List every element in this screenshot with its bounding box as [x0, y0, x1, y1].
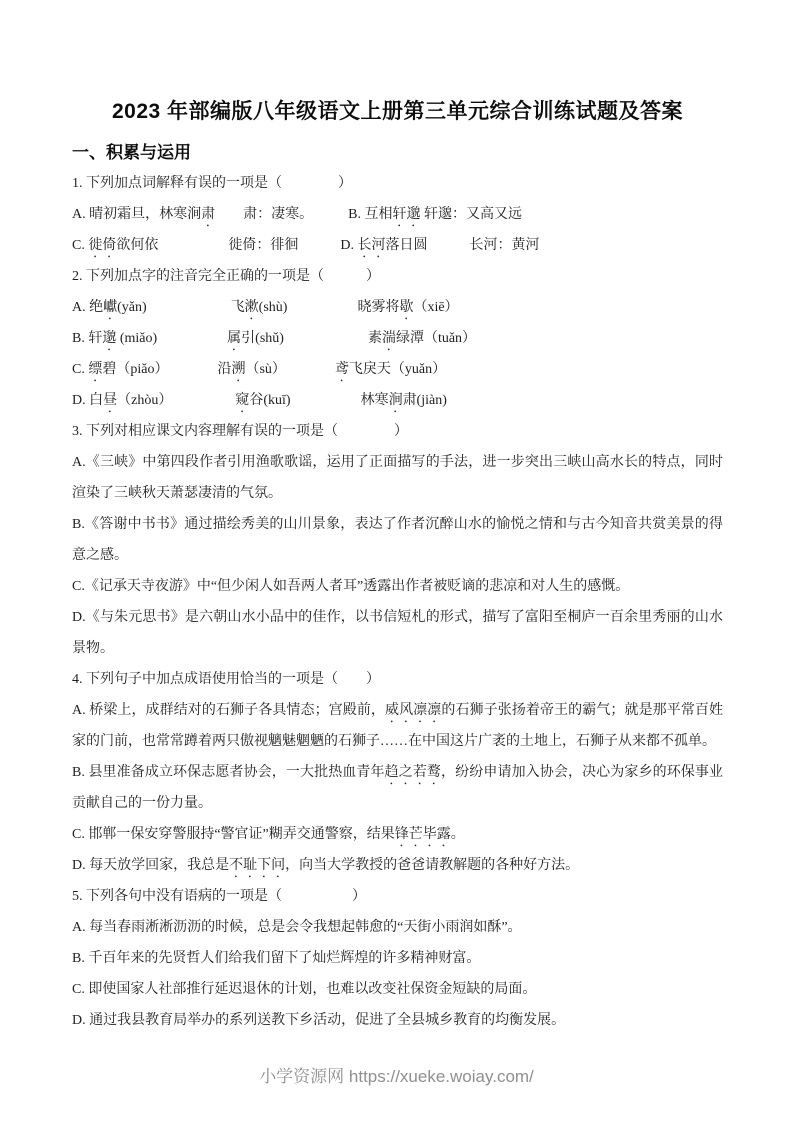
- emphasized-text: 巘: [103, 300, 117, 315]
- text-segment: C.: [72, 238, 88, 253]
- emphasized-text: 涧: [389, 393, 403, 408]
- text-segment: （sù）: [245, 362, 334, 377]
- document-page: 2023 年部编版八年级语文上册第三单元综合训练试题及答案 一、积累与运用 1.…: [0, 0, 793, 1122]
- q5-intro: 5. 下列各句中没有语病的一项是（ ）: [72, 881, 723, 912]
- q3-intro: 3. 下列对相应课文内容理解有误的一项是（ ）: [72, 416, 723, 447]
- q1-options-ab: A. 晴初霜旦，林寒涧肃 肃：凄寒。 B. 互相轩邈 轩邈：又高又远: [72, 199, 723, 230]
- document-content: 2023 年部编版八年级语文上册第三单元综合训练试题及答案 一、积累与运用 1.…: [72, 97, 723, 1036]
- text-segment: 碧（piǎo） 沿: [102, 362, 231, 377]
- text-segment: （xiē）: [413, 300, 458, 315]
- q4-option-b: B. 县里准备成立环保志愿者协会，一大批热血青年趋之若鹜，纷纷申请加入协会，决心…: [72, 757, 723, 819]
- q5-option-b: B. 千百年来的先贤哲人们给我们留下了灿烂辉煌的许多精神财富。: [72, 943, 723, 974]
- emphasized-text: 缥: [88, 362, 102, 377]
- q2-option-c: C. 缥碧（piǎo） 沿溯（sù） 鸢飞戾天（yuǎn）: [72, 354, 723, 385]
- emphasized-text: 歇: [399, 300, 413, 315]
- text-segment: ，向当大学教授的爸爸请教解题的各种好方法。: [285, 858, 579, 873]
- q5-option-a: A. 每当春雨淅淅沥沥的时候，总是会令我想起韩愈的“天街小雨润如酥”。: [72, 912, 723, 943]
- q5-option-d: D. 通过我县教育局举办的系列送教下乡活动，促进了全县城乡教育的均衡发展。: [72, 1005, 723, 1036]
- emphasized-text: 鸢: [335, 362, 349, 377]
- text-segment: 轩邈：又高又远: [420, 207, 522, 222]
- q4-option-a: A. 桥梁上，成群结对的石狮子各具情态；宫殿前，威风凛凛的石狮子张扬着帝王的霸气…: [72, 695, 723, 757]
- text-segment: (yǎn) 飞: [117, 300, 245, 315]
- q3-option-c: C.《记承天寺夜游》中“但少闲人如吾两人者耳”透露出作者被贬谪的悲凉和对人生的感…: [72, 571, 723, 602]
- text-segment: D. 白: [72, 393, 103, 408]
- q2-option-a: A. 绝巘(yǎn) 飞漱(shù) 晓雾将歇（xiē）: [72, 292, 723, 323]
- text-segment: B. 县里准备成立环保志愿者协会，一大批热血青年: [72, 765, 385, 780]
- q3-option-d: D.《与朱元思书》是六朝山水小品中的佳作，以书信短札的形式，描写了富阳至桐庐一百…: [72, 602, 723, 664]
- text-segment: A. 桥梁上，成群结对的石狮子各具情态；宫殿前，: [72, 703, 385, 718]
- text-segment: 落日圆 长河：黄河: [385, 238, 539, 253]
- page-title: 2023 年部编版八年级语文上册第三单元综合训练试题及答案: [72, 97, 723, 127]
- text-segment: B. 轩: [72, 331, 102, 346]
- text-segment: （zhòu）: [117, 393, 235, 408]
- text-segment: 欲何依 徙倚：徘徊 D.: [116, 238, 357, 253]
- emphasized-text: 漱: [245, 300, 259, 315]
- text-segment: (shù) 晓雾将: [259, 300, 400, 315]
- emphasized-text: 锋芒毕露: [395, 827, 451, 842]
- emphasized-text: 威风凛凛: [385, 703, 441, 718]
- text-segment: 绿潭（tuǎn）: [396, 331, 476, 346]
- q5-option-c: C. 即使国家人社部推行延迟退休的计划，也难以改变社保资金短缺的局面。: [72, 974, 723, 1005]
- text-segment: A. 绝: [72, 300, 103, 315]
- text-segment: C. 邯郸一保安穿警服持“警官证”糊弄交通警察，结果: [72, 827, 395, 842]
- q2-option-d: D. 白昼（zhòu） 窥谷(kuī) 林寒涧肃(jiàn): [72, 385, 723, 416]
- emphasized-text: 窥: [235, 393, 249, 408]
- q3-option-a: A.《三峡》中第四段作者引用渔歌歌谣，运用了正面描写的手法，进一步突出三峡山高水…: [72, 447, 723, 509]
- emphasized-text: 徙倚: [88, 238, 116, 253]
- q1-options-cd: C. 徙倚欲何依 徙倚：徘徊 D. 长河落日圆 长河：黄河: [72, 230, 723, 261]
- q4-option-d: D. 每天放学回家，我总是不耻下问，向当大学教授的爸爸请教解题的各种好方法。: [72, 850, 723, 881]
- q4-intro: 4. 下列句子中加点成语使用恰当的一项是（ ）: [72, 664, 723, 695]
- text-segment: 谷(kuī) 林寒: [249, 393, 388, 408]
- emphasized-text: 不耻下问: [229, 858, 285, 873]
- text-segment: D. 每天放学回家，我总是: [72, 858, 229, 873]
- section-heading: 一、积累与运用: [72, 137, 723, 168]
- text-segment: 引(shǔ) 素: [241, 331, 382, 346]
- emphasized-text: 属: [227, 331, 241, 346]
- q3-option-b: B.《答谢中书书》通过描绘秀美的山川景象，表达了作者沉醉山水的愉悦之情和与古今知…: [72, 509, 723, 571]
- text-segment: (miǎo): [116, 331, 227, 346]
- emphasized-text: 湍: [382, 331, 396, 346]
- q2-option-b: B. 轩邈 (miǎo) 属引(shǔ) 素湍绿潭（tuǎn）: [72, 323, 723, 354]
- site-watermark: 小学资源网 https://xueke.woiay.com/: [0, 1061, 793, 1092]
- emphasized-text: 轩邈: [392, 207, 420, 222]
- emphasized-text: 溯: [231, 362, 245, 377]
- emphasized-text: 昼: [103, 393, 117, 408]
- text-segment: A. 晴初霜旦，林寒涧: [72, 207, 201, 222]
- emphasized-text: 趋之若鹜: [385, 765, 441, 780]
- text-segment: 肃：凄寒。 B. 互相: [215, 207, 392, 222]
- emphasized-text: 长河: [357, 238, 385, 253]
- emphasized-text: 肃: [201, 207, 215, 222]
- text-segment: 。: [451, 827, 465, 842]
- text-segment: 飞戾天（yuǎn）: [349, 362, 446, 377]
- q4-option-c: C. 邯郸一保安穿警服持“警官证”糊弄交通警察，结果锋芒毕露。: [72, 819, 723, 850]
- q1-intro: 1. 下列加点词解释有误的一项是（ ）: [72, 168, 723, 199]
- text-segment: C.: [72, 362, 88, 377]
- q2-intro: 2. 下列加点字的注音完全正确的一项是（ ）: [72, 261, 723, 292]
- text-segment: 肃(jiàn): [403, 393, 447, 408]
- emphasized-text: 邈: [102, 331, 116, 346]
